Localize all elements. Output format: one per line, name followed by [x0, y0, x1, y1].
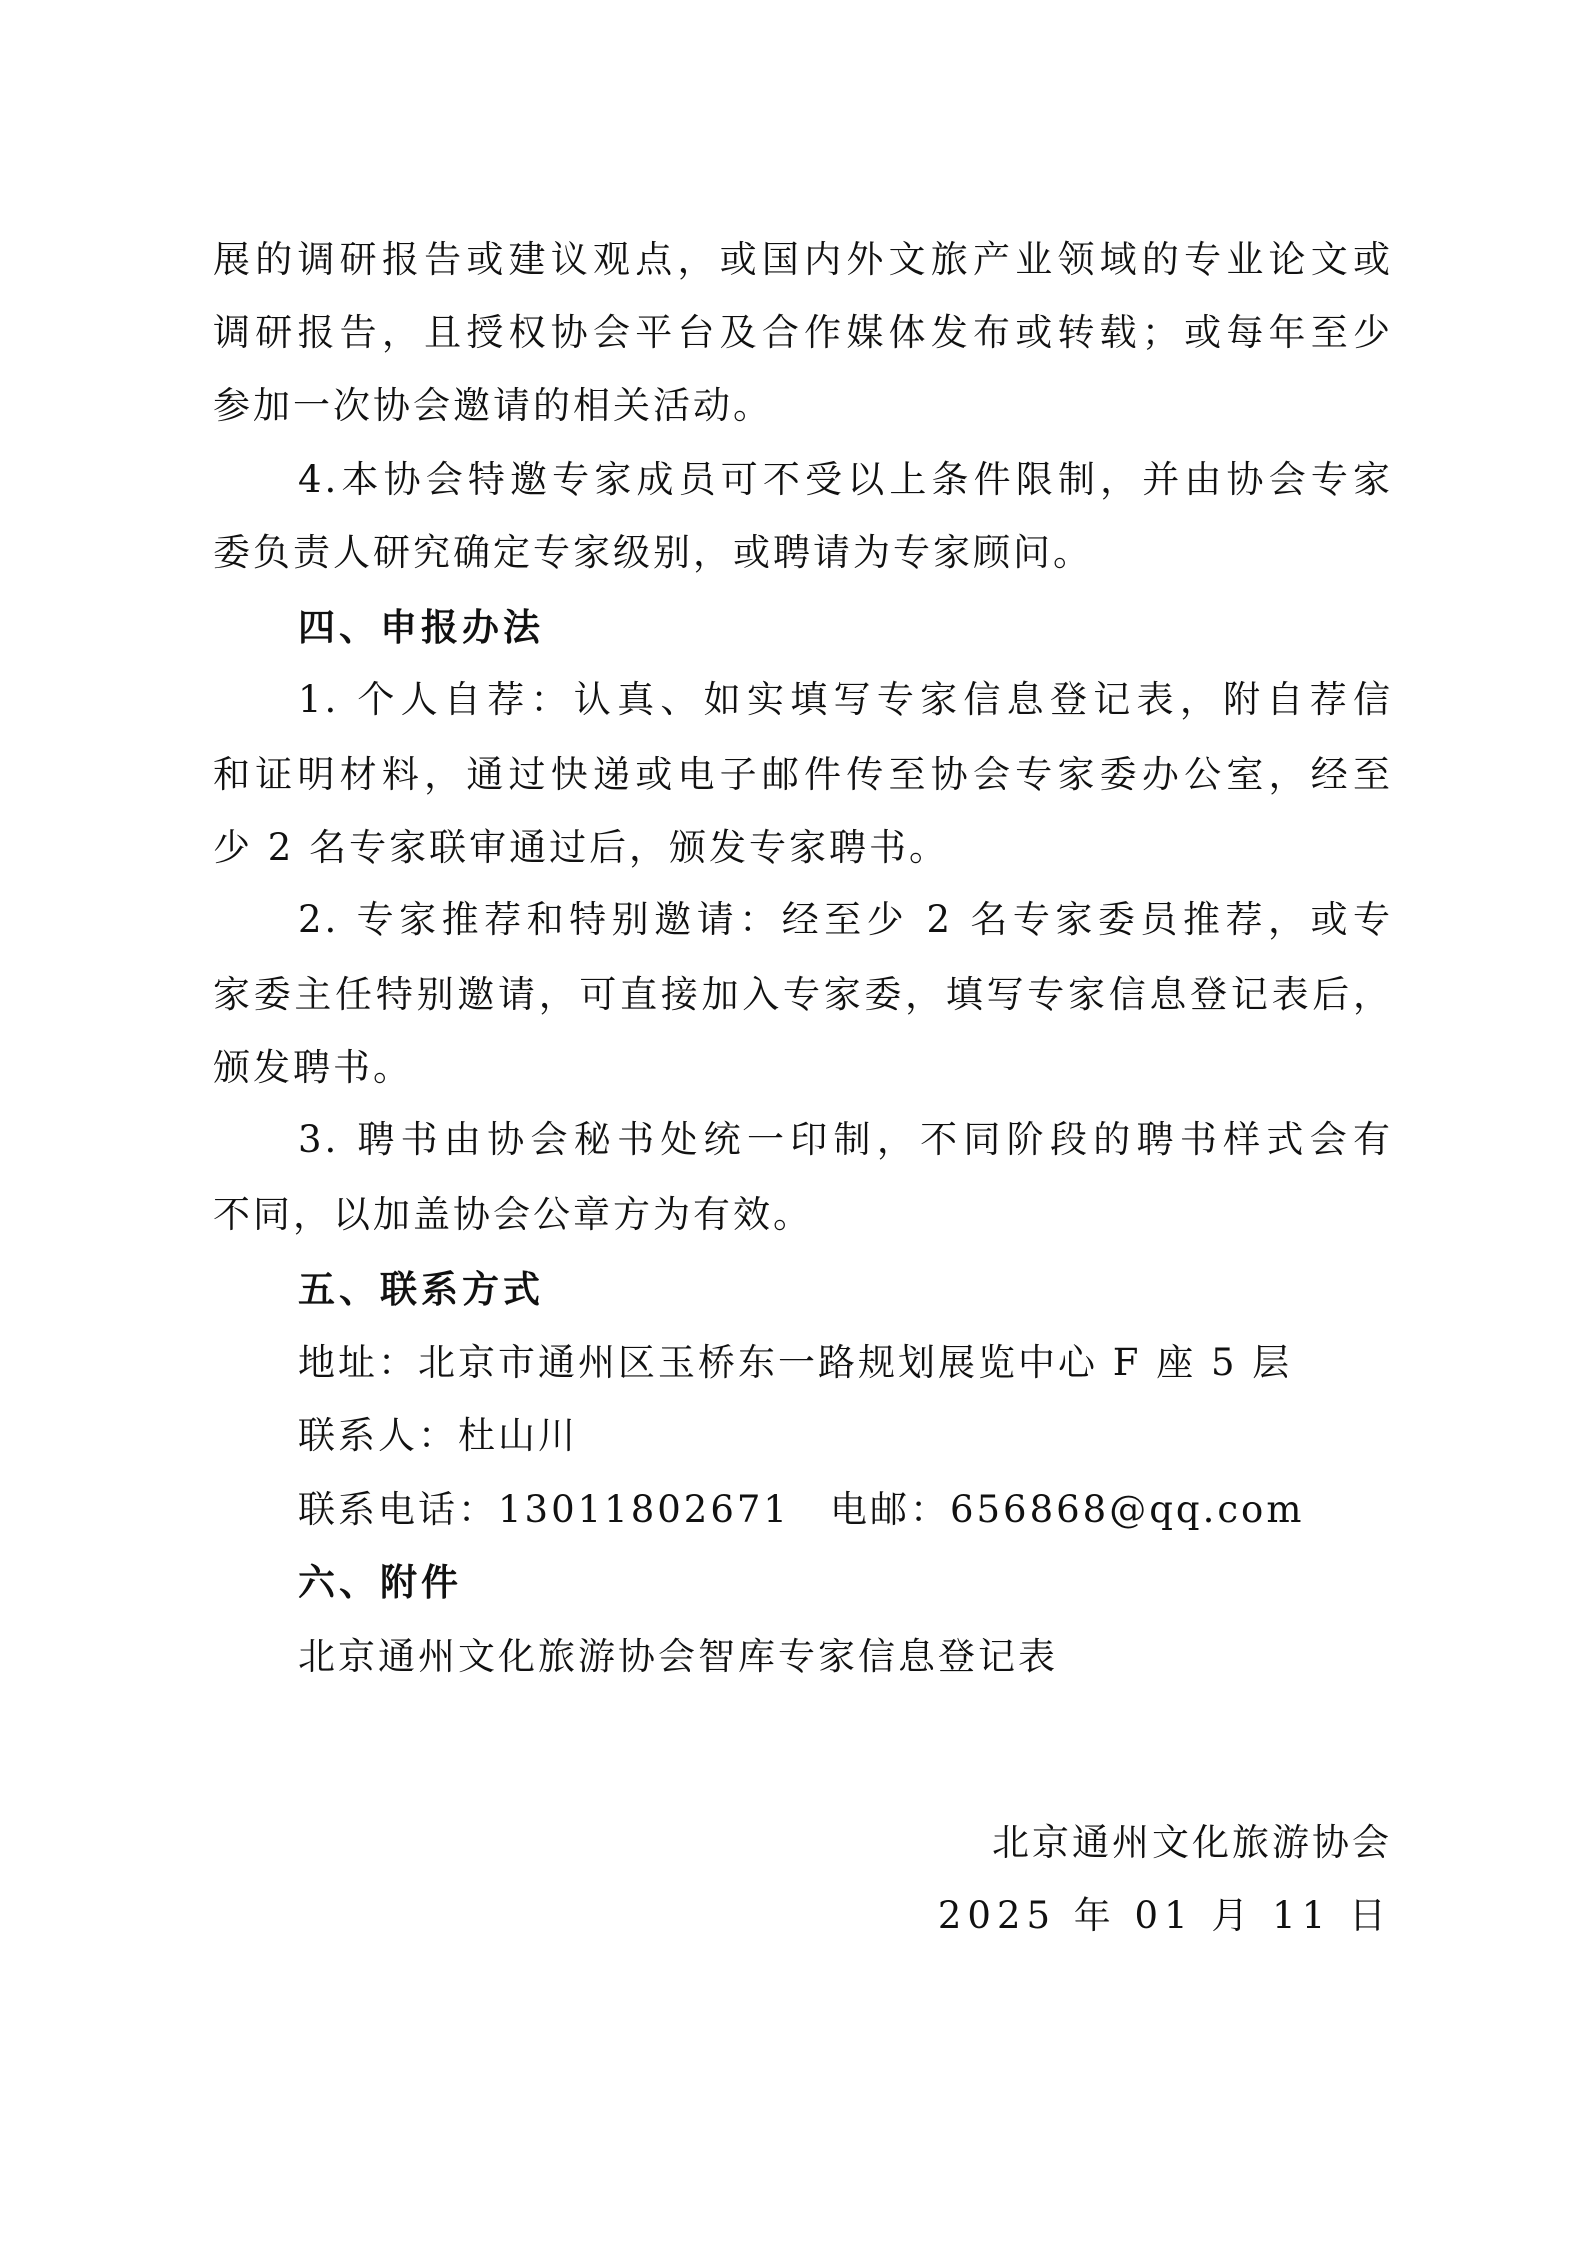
email-label: 电邮：: [830, 1488, 950, 1531]
paragraph-line: 4.本协会特邀专家成员可不受以上条件限制，并由协会专家: [298, 450, 1393, 510]
attachment-title: 北京通州文化旅游协会智库专家信息登记表: [298, 1627, 1393, 1687]
signature-organization: 北京通州文化旅游协会: [992, 1813, 1392, 1873]
paragraph-line: 参加一次协会邀请的相关活动。: [213, 376, 1393, 436]
phone-number: 13011802671: [498, 1488, 790, 1531]
phone-label: 联系电话：: [298, 1488, 498, 1531]
paragraph-line: 和证明材料，通过快递或电子邮件传至协会专家委办公室，经至: [213, 745, 1393, 805]
paragraph-line: 家委主任特别邀请，可直接加入专家委，填写专家信息登记表后，: [213, 965, 1393, 1025]
section-heading: 四、申报办法: [298, 598, 1393, 658]
paragraph-line: 1. 个人自荐：认真、如实填写专家信息登记表，附自荐信: [298, 670, 1393, 730]
section-heading: 五、联系方式: [298, 1260, 1393, 1320]
email-address: 656868@qq.com: [950, 1488, 1304, 1531]
paragraph-line: 展的调研报告或建议观点，或国内外文旅产业领域的专业论文或: [213, 230, 1393, 290]
paragraph-line: 少 2 名专家联审通过后，颁发专家聘书。: [213, 818, 1393, 878]
paragraph-line: 不同，以加盖协会公章方为有效。: [213, 1185, 1393, 1245]
paragraph-line: 调研报告，且授权协会平台及合作媒体发布或转载；或每年至少: [213, 303, 1393, 363]
paragraph-line: 颁发聘书。: [213, 1038, 1393, 1098]
signature-date: 2025 年 01 月 11 日: [938, 1886, 1392, 1946]
contact-address: 地址：北京市通州区玉桥东一路规划展览中心 F 座 5 层: [298, 1333, 1393, 1393]
section-heading: 六、附件: [298, 1553, 1393, 1613]
paragraph-line: 2. 专家推荐和特别邀请：经至少 2 名专家委员推荐，或专: [298, 890, 1393, 950]
paragraph-line: 委负责人研究确定专家级别，或聘请为专家顾问。: [213, 523, 1393, 583]
paragraph-line: 3. 聘书由协会秘书处统一印制，不同阶段的聘书样式会有: [298, 1110, 1393, 1170]
contact-phone-email: 联系电话：13011802671电邮：656868@qq.com: [298, 1480, 1393, 1540]
document-page: 展的调研报告或建议观点，或国内外文旅产业领域的专业论文或 调研报告，且授权协会平…: [0, 0, 1588, 2245]
contact-person: 联系人：杜山川: [298, 1406, 1393, 1466]
